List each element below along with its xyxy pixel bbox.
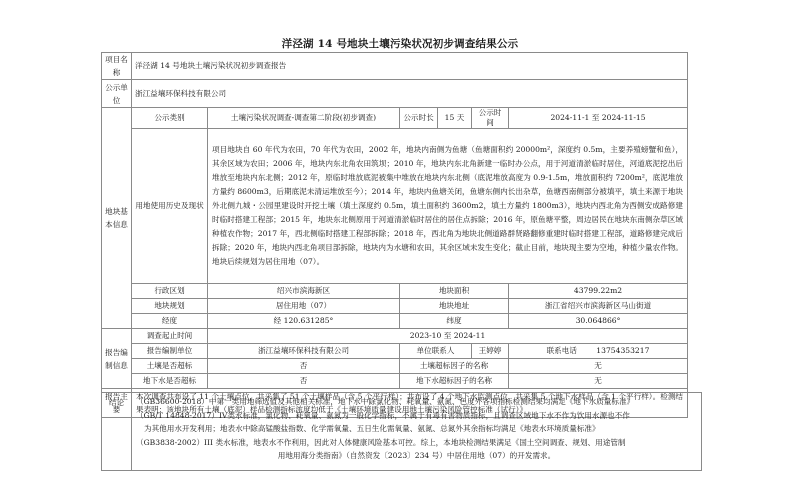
project-name-value: 洋泾湖 14 号地块土壤污染状况初步调查报告 xyxy=(132,53,688,80)
publisher-label: 公示单位 xyxy=(102,80,132,108)
disclosure-table: 项目名称 洋泾湖 14 号地块土壤污染状况初步调查报告 公示单位 浙江益壤环保科… xyxy=(101,52,688,418)
conclusion-line: 为其他用水开发利用；地表水中除高锰酸盐指数、化学需氧量、五日生化需氧量、氨氮、总… xyxy=(136,422,697,436)
contact-label: 单位联系人 xyxy=(400,344,472,359)
project-name-label: 项目名称 xyxy=(102,53,132,80)
site-info-section-label: 地块基本信息 xyxy=(102,108,132,329)
history-label: 用地使用历史及现状 xyxy=(132,129,208,284)
conclusion-line: （GB3838-2002）III 类水标准，地表水不作利用，因此对人体健康风险基… xyxy=(136,436,697,450)
latitude-value: 30.064866° xyxy=(509,314,688,329)
district-label: 行政区划 xyxy=(132,284,208,299)
conclusion-label: 结论 xyxy=(102,393,132,471)
district-value: 绍兴市滨海新区 xyxy=(208,284,400,299)
time-label: 公示时间 xyxy=(472,108,509,129)
conclusion-line: （GB36600-2018）中第一类用地筛选值及其他相关标准，地下水中除氯化物、… xyxy=(136,395,697,409)
contact-value: 王婷婷 xyxy=(472,344,509,359)
gw-exceed-label: 地下水是否超标 xyxy=(132,374,208,389)
planning-value: 居住用地（07） xyxy=(208,299,400,314)
category-label: 公示类别 xyxy=(132,108,208,129)
period-value: 2023-10 至 2024-11 xyxy=(208,329,688,344)
org-label: 报告编制单位 xyxy=(132,344,208,359)
phone-value: 13754353217 xyxy=(596,346,649,355)
duration-label: 公示时长 xyxy=(400,108,438,129)
conclusion-table: 结论 （GB36600-2018）中第一类用地筛选值及其他相关标准，地下水中除氯… xyxy=(101,392,702,471)
latitude-label: 纬度 xyxy=(400,314,509,329)
time-value: 2024-11-1 至 2024-11-15 xyxy=(509,108,688,129)
planning-label: 地块规划 xyxy=(132,299,208,314)
longitude-label: 经度 xyxy=(132,314,208,329)
gw-factor-label: 地下水超标因子的名称 xyxy=(400,374,509,389)
area-label: 地块面积 xyxy=(400,284,509,299)
conclusion-line: （GB/T 14848-2017）IV类水标准，氯化物、耗氧量、氨氮为一般化学指… xyxy=(136,409,697,423)
gw-exceed-value: 否 xyxy=(208,374,400,389)
address-label: 地块地址 xyxy=(400,299,509,314)
conclusion-line: 用地用海分类指南》（自然资发〔2023〕234 号）中居住用地（07）的开发需求… xyxy=(136,449,697,463)
duration-value: 15 天 xyxy=(438,108,472,129)
gw-factor-value: 无 xyxy=(509,374,688,389)
history-text: 项目地块自 60 年代为农田，70 年代为农田，2002 年，地块内南侧为鱼塘（… xyxy=(208,129,688,284)
soil-exceed-value: 否 xyxy=(208,359,400,374)
soil-exceed-label: 土壤是否超标 xyxy=(132,359,208,374)
area-value: 43799.22m2 xyxy=(509,284,688,299)
phone-cell: 联系电话 13754353217 xyxy=(509,344,688,359)
conclusion-text: （GB36600-2018）中第一类用地筛选值及其他相关标准，地下水中除氯化物、… xyxy=(132,393,702,471)
period-label: 调查起止时间 xyxy=(132,329,208,344)
publisher-value: 浙江益壤环保科技有限公司 xyxy=(132,80,688,108)
category-value: 土壤污染状况调查-调查第二阶段(初步调查) xyxy=(208,108,400,129)
page-title: 洋泾湖 14 号地块土壤污染状况初步调查结果公示 xyxy=(0,36,800,51)
org-value: 浙江益壤环保科技有限公司 xyxy=(208,344,400,359)
phone-label: 联系电话 xyxy=(547,346,577,355)
report-info-section-label: 报告编制信息 xyxy=(102,329,132,389)
soil-factor-value: 无 xyxy=(509,359,688,374)
longitude-value: 经 120.631285° xyxy=(208,314,400,329)
soil-factor-label: 土壤超标因子的名称 xyxy=(400,359,509,374)
address-value: 浙江省绍兴市滨海新区马山街道 xyxy=(509,299,688,314)
